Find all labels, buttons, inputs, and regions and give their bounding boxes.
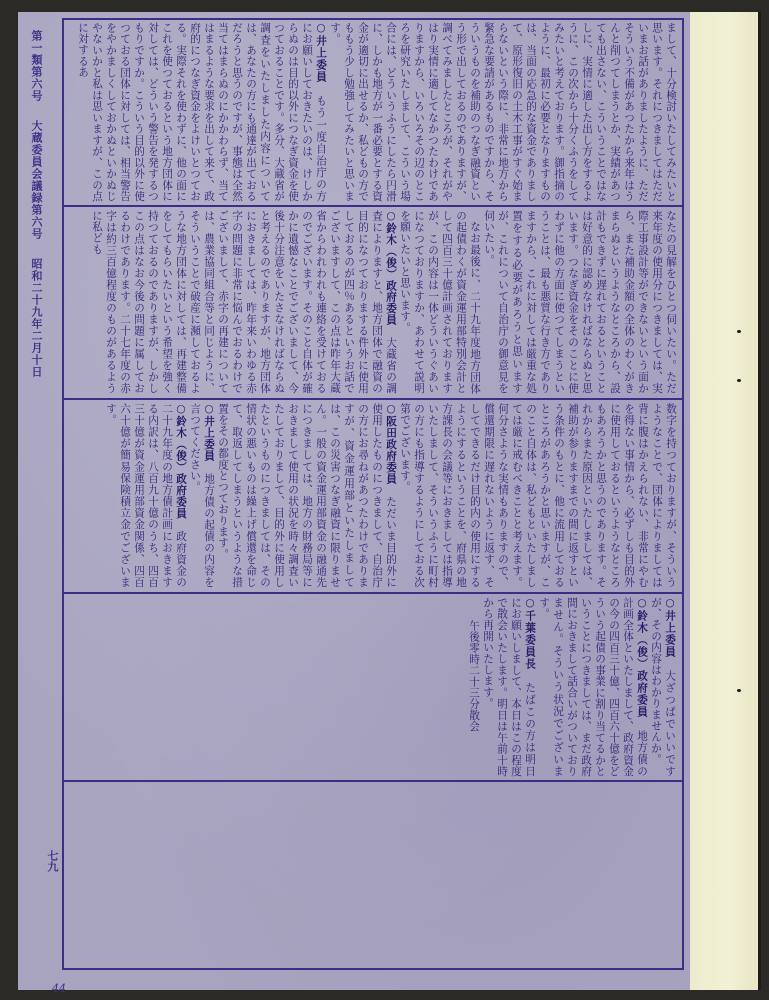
speaker-name: ○阪田政府委員 bbox=[385, 403, 397, 485]
body-paragraph: まして、十分検討いたしてみたいと思います。それにつきましてはただいまお話がありま… bbox=[328, 22, 678, 202]
speech-paragraph: ○阪田政府委員 ただいま目的外に使用したものにつきまして、自治庁の方にお尋ねがあ… bbox=[216, 403, 398, 588]
speaker-name: ○井上委員 bbox=[664, 597, 676, 658]
record-title: 大蔵委員会議録第六号 bbox=[30, 120, 43, 240]
text-row-2: なたの見解をひとつ伺いたい。ただ来年度の使用分につきましては、実際工事設計等がで… bbox=[68, 210, 678, 394]
handwritten-mark: 44 bbox=[52, 982, 66, 995]
binding-strip bbox=[690, 12, 756, 990]
issue-number: 第一類第六号 bbox=[30, 30, 43, 102]
row-divider bbox=[62, 398, 682, 400]
punch-hole bbox=[737, 689, 741, 692]
speech-paragraph: ○鈴木（俊）政府委員 大蔵省の調査によりますと、地方団体で融資の目的になつており… bbox=[90, 210, 398, 394]
text-row-3: 数字を持つておりますが、そういうようなことで、団体によりましては背に腹はかえられ… bbox=[68, 403, 678, 588]
speech-paragraph: ○千葉委員長 たばこの方は明日にお願いしまして、本日はこの程度で散会いたします。… bbox=[481, 597, 537, 777]
speaker-name: ○鈴木（俊）政府委員 bbox=[636, 597, 648, 718]
speaker-name: ○井上委員 bbox=[315, 22, 327, 83]
punch-hole bbox=[737, 330, 741, 333]
speech-paragraph: ○井上委員 もう一度自治庁の方にお願いしておきたいのは、けしからぬのは目的以外に… bbox=[76, 22, 328, 202]
text-row-1: まして、十分検討いたしてみたいと思います。それにつきましてはただいまお話がありま… bbox=[68, 22, 678, 202]
adjournment-note: 午後零時二十三分散会 bbox=[467, 597, 481, 777]
row-divider bbox=[62, 205, 682, 207]
speaker-name: ○鈴木（俊）政府委員 bbox=[175, 403, 187, 519]
speaker-name: ○千葉委員長 bbox=[524, 597, 536, 670]
speech-paragraph: ○井上委員 地方債の起債の内容を言つてください。 bbox=[188, 403, 216, 588]
margin-header: 第一類第六号大蔵委員会議録第六号昭和二十九年二月十日 bbox=[28, 30, 44, 410]
speaker-name: ○鈴木（俊）政府委員 bbox=[385, 210, 397, 326]
speech-text: ただいま目的外に使用したものにつきまして、自治庁の方にお尋ねがあつたわけでありま… bbox=[217, 403, 397, 588]
speech-text: もう一度自治庁の方にお願いしておきたいのは、けしからぬのは目的以外につなぎ資金を… bbox=[77, 22, 327, 202]
row-divider bbox=[62, 780, 682, 782]
speech-paragraph: ○鈴木（俊）政府委員 地方債の計画全体といたしまして、政府資金の今の四百三十億、… bbox=[537, 597, 649, 777]
record-date: 昭和二十九年二月十日 bbox=[30, 258, 43, 378]
speech-paragraph: ○井上委員 大ざつぱでいいですが、その内容はわかりませんか。 bbox=[649, 597, 677, 777]
body-paragraph: なたの見解をひとつ伺いたい。ただ来年度の使用分につきましては、実際工事設計等がで… bbox=[482, 210, 678, 394]
row-divider bbox=[62, 592, 682, 594]
punch-hole bbox=[737, 379, 741, 382]
speech-text: 地方債の計画全体といたしまして、政府資金の今の四百三十億、四百六十億をどういう起… bbox=[538, 597, 648, 777]
body-paragraph: 数字を持つておりますが、そういうようなことで、団体によりましては背に腹はかえられ… bbox=[398, 403, 678, 588]
speaker-name: ○井上委員 bbox=[203, 403, 215, 462]
text-row-4: ○井上委員 大ざつぱでいいですが、その内容はわかりませんか。○鈴木（俊）政府委員… bbox=[455, 597, 677, 777]
speech-paragraph: ○鈴木（俊）政府委員 政府資金の二十九年度の地方債計画におきまする内訳は、八百九… bbox=[104, 403, 188, 588]
page-number: 七九 bbox=[44, 850, 60, 872]
speech-text: 大蔵省の調査によりますと、地方団体で融資の目的になつておりまする件外に使用してお… bbox=[91, 210, 397, 394]
body-paragraph: なお最後に、二十九年度地方団体の起債わくが資金運用部特別会計として四百三十億計画… bbox=[398, 210, 482, 394]
